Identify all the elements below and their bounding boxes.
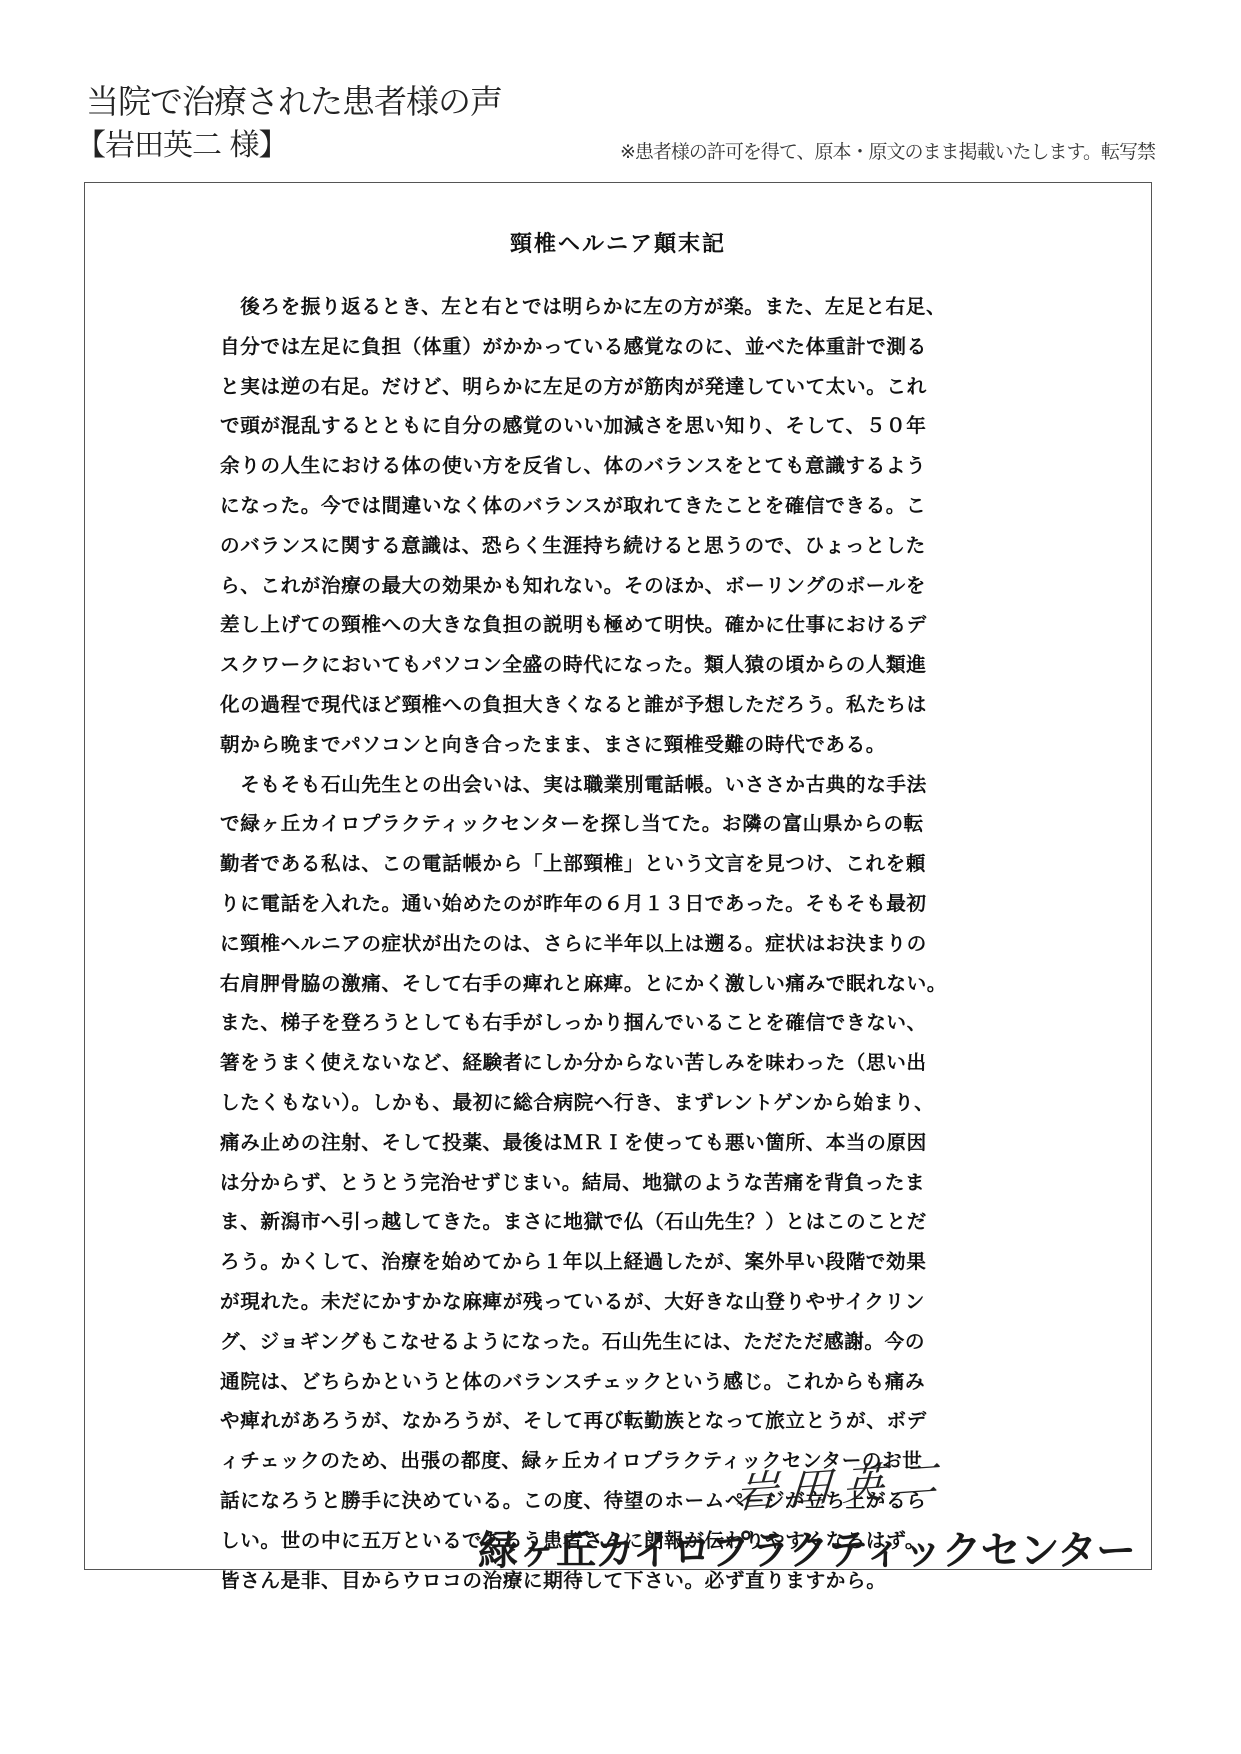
- essay-line: 余りの人生における体の使い方を反省し、体のバランスをとても意識するよう: [220, 446, 1022, 486]
- essay-line: や痺れがあろうが、なかろうが、そして再び転勤族となって旅立とうが、ボデ: [220, 1401, 1022, 1441]
- essay-line: 痛み止めの注射、そして投薬、最後はＭＲＩを使っても悪い箇所、本当の原因: [220, 1123, 1022, 1163]
- essay-line: は分からず、とうとう完治せずじまい。結局、地獄のような苦痛を背負ったま: [220, 1163, 1022, 1203]
- patient-name: 【岩田英二 様】: [76, 128, 288, 164]
- essay-line: 自分では左足に負担（体重）がかかっている感覚なのに、並べた体重計で測る: [220, 327, 1022, 367]
- essay-line: ら、これが治療の最大の効果かも知れない。そのほか、ボーリングのボールを: [220, 566, 1022, 606]
- essay-line: 差し上げての頸椎への大きな負担の説明も極めて明快。確かに仕事におけるデ: [220, 605, 1022, 645]
- essay-line: ろう。かくして、治療を始めてから１年以上経過したが、案外早い段階で効果: [220, 1242, 1022, 1282]
- essay-line: 化の過程で現代ほど頸椎への負担大きくなると誰が予想しただろう。私たちは: [220, 685, 1022, 725]
- essay-body: 後ろを振り返るとき、左と右とでは明らかに左の方が楽。また、左足と右足、自分では左…: [220, 287, 1022, 1600]
- page-title: 当院で治療された患者様の声: [86, 82, 502, 122]
- essay-line: のバランスに関する意識は、恐らく生涯持ち続けると思うので、ひょっとした: [220, 526, 1022, 566]
- essay-line: グ、ジョギングもこなせるようになった。石山先生には、ただただ感謝。今の: [220, 1322, 1022, 1362]
- essay-line: で頭が混乱するとともに自分の感覚のいい加減さを思い知り、そして、５０年: [220, 406, 1022, 446]
- essay-line: したくもない）。しかも、最初に総合病院へ行き、まずレントゲンから始まり、: [220, 1083, 1022, 1123]
- essay-line: ま、新潟市へ引っ越してきた。まさに地獄で仏（石山先生？）とはこのことだ: [220, 1202, 1022, 1242]
- clinic-name: 緑ヶ丘カイロプラクティックセンター: [478, 1519, 1135, 1576]
- essay-line: 通院は、どちらかというと体のバランスチェックという感じ。これからも痛み: [220, 1362, 1022, 1402]
- essay-line: 箸をうまく使えないなど、経験者にしか分からない苦しみを味わった（思い出: [220, 1043, 1022, 1083]
- reprint-notice: ※患者様の許可を得て、原本・原文のまま掲載いたします。転写禁: [620, 140, 1155, 164]
- essay-title: 頸椎ヘルニア顛末記: [85, 227, 1151, 258]
- essay-line: になった。今では間違いなく体のバランスが取れてきたことを確信できる。こ: [220, 486, 1022, 526]
- essay-line: 勤者である私は、この電話帳から「上部頸椎」という文言を見つけ、これを頼: [220, 844, 1022, 884]
- essay-line: スクワークにおいてもパソコン全盛の時代になった。類人猿の頃からの人類進: [220, 645, 1022, 685]
- essay-line: と実は逆の右足。だけど、明らかに左足の方が筋肉が発達していて太い。これ: [220, 367, 1022, 407]
- essay-line: 朝から晩までパソコンと向き合ったまま、まさに頸椎受難の時代である。: [220, 725, 1022, 765]
- essay-line: また、梯子を登ろうとしても右手がしっかり掴んでいることを確信できない、: [220, 1003, 1022, 1043]
- essay-line: に頸椎ヘルニアの症状が出たのは、さらに半年以上は遡る。症状はお決まりの: [220, 924, 1022, 964]
- testimonial-box: 頸椎ヘルニア顛末記 後ろを振り返るとき、左と右とでは明らかに左の方が楽。また、左…: [84, 182, 1152, 1570]
- essay-line: で緑ヶ丘カイロプラクティックセンターを探し当てた。お隣の富山県からの転: [220, 804, 1022, 844]
- essay-line: が現れた。未だにかすかな麻痺が残っているが、大好きな山登りやサイクリン: [220, 1282, 1022, 1322]
- essay-line: そもそも石山先生との出会いは、実は職業別電話帳。いささか古典的な手法: [220, 765, 1022, 805]
- essay-line: 後ろを振り返るとき、左と右とでは明らかに左の方が楽。また、左足と右足、: [220, 287, 1022, 327]
- essay-line: りに電話を入れた。通い始めたのが昨年の６月１３日であった。そもそも最初: [220, 884, 1022, 924]
- essay-line: 右肩胛骨脇の激痛、そして右手の痺れと麻痺。とにかく激しい痛みで眠れない。: [220, 964, 1022, 1004]
